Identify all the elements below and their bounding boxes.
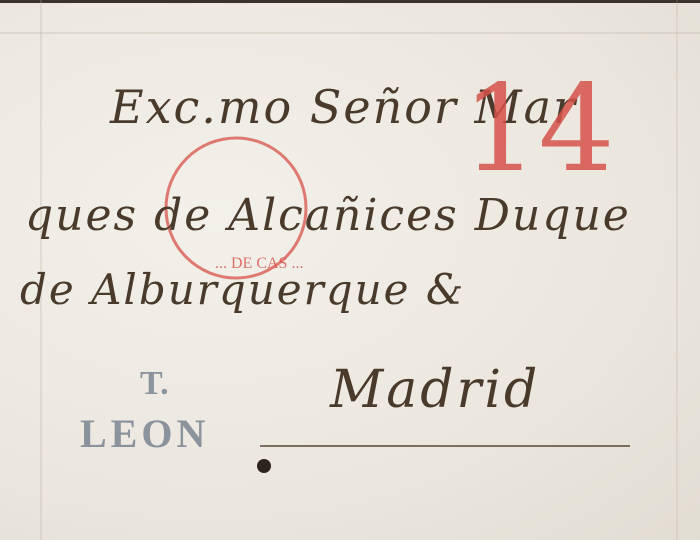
origin-mark-line2: LEON: [80, 410, 209, 457]
ink-blot: [257, 459, 271, 473]
origin-mark-line1: T.: [140, 365, 169, 403]
postal-charge-mark: 14: [462, 70, 615, 190]
letter-photo: ... DE CAS ... Exc.mo Señor Mar ques de …: [0, 0, 700, 540]
address-city: Madrid: [330, 360, 540, 420]
address-line-3: de Alburquerque &: [20, 265, 465, 314]
